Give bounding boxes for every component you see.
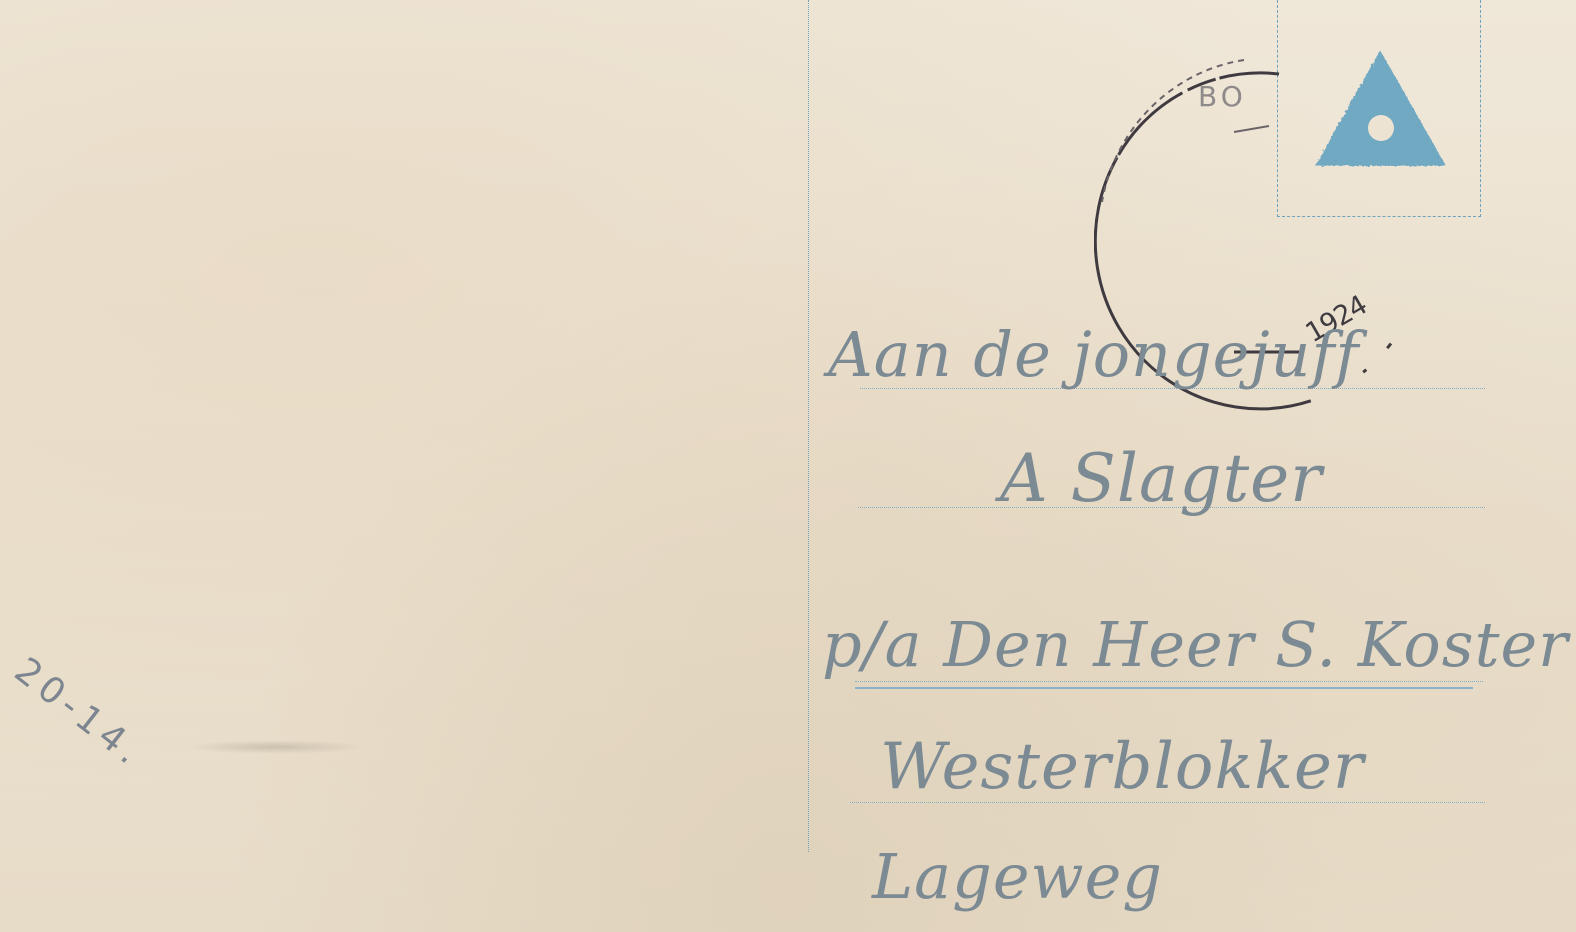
address-street: Lageweg	[872, 840, 1163, 913]
center-divider-line	[808, 0, 809, 852]
pencil-smudge	[185, 740, 365, 754]
pencil-note: 20-14.	[7, 650, 152, 776]
address-town: Westerblokker	[880, 730, 1364, 804]
address-line-3-dotted	[855, 681, 1483, 682]
address-line-3	[855, 687, 1473, 689]
address-recipient-title: Aan de jongejuff	[828, 318, 1359, 391]
address-care-of: p/a Den Heer S. Koster	[822, 608, 1569, 681]
postmark-letters: BO	[1198, 80, 1247, 113]
postcard: 20-14. BO 1924 Aan de jongejuff A Slagte…	[0, 0, 1576, 932]
address-recipient-name: A Slagter	[1000, 440, 1323, 517]
